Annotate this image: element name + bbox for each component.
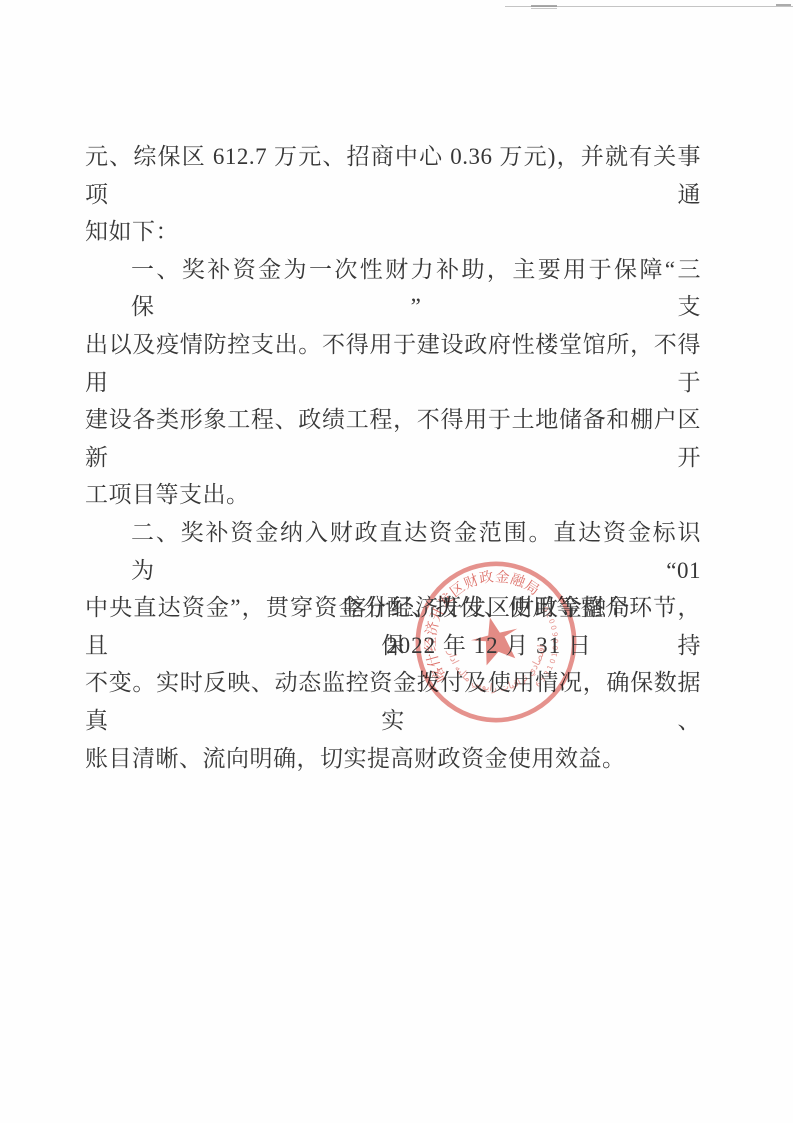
- body-text-line: 二、奖补资金纳入财政直达资金范围。直达资金标识为“01: [85, 514, 701, 589]
- body-text-line: 元、综保区 612.7 万元、招商中心 0.36 万元)，并就有关事项通: [85, 138, 701, 213]
- body-text-line: 不变。实时反映、动态监控资金拨付及使用情况，确保数据真实、: [85, 664, 701, 739]
- signature-date: 2022 年 12 月 31 日: [386, 627, 592, 665]
- signature-agency: 喀什经济开发区财政金融局: [343, 589, 631, 627]
- body-text-line: 账目清晰、流向明确，切实提高财政资金使用效益。: [85, 740, 701, 778]
- scan-artifact-smudge: [531, 4, 557, 11]
- body-text: 元、综保区 612.7 万元、招商中心 0.36 万元)，并就有关事项通知如下：…: [85, 138, 701, 777]
- body-text-line: 一、奖补资金为一次性财力补助，主要用于保障“三保”支: [85, 251, 701, 326]
- scan-artifact-dash: [776, 4, 791, 6]
- document-page: 元、综保区 612.7 万元、招商中心 0.36 万元)，并就有关事项通知如下：…: [0, 0, 793, 1123]
- body-text-line: 出以及疫情防控支出。不得用于建设政府性楼堂馆所，不得用于: [85, 326, 701, 401]
- body-text-line: 工项目等支出。: [85, 476, 701, 514]
- body-text-line: 知如下：: [85, 213, 701, 251]
- body-text-line: 建设各类形象工程、政绩工程，不得用于土地储备和棚户区新开: [85, 401, 701, 476]
